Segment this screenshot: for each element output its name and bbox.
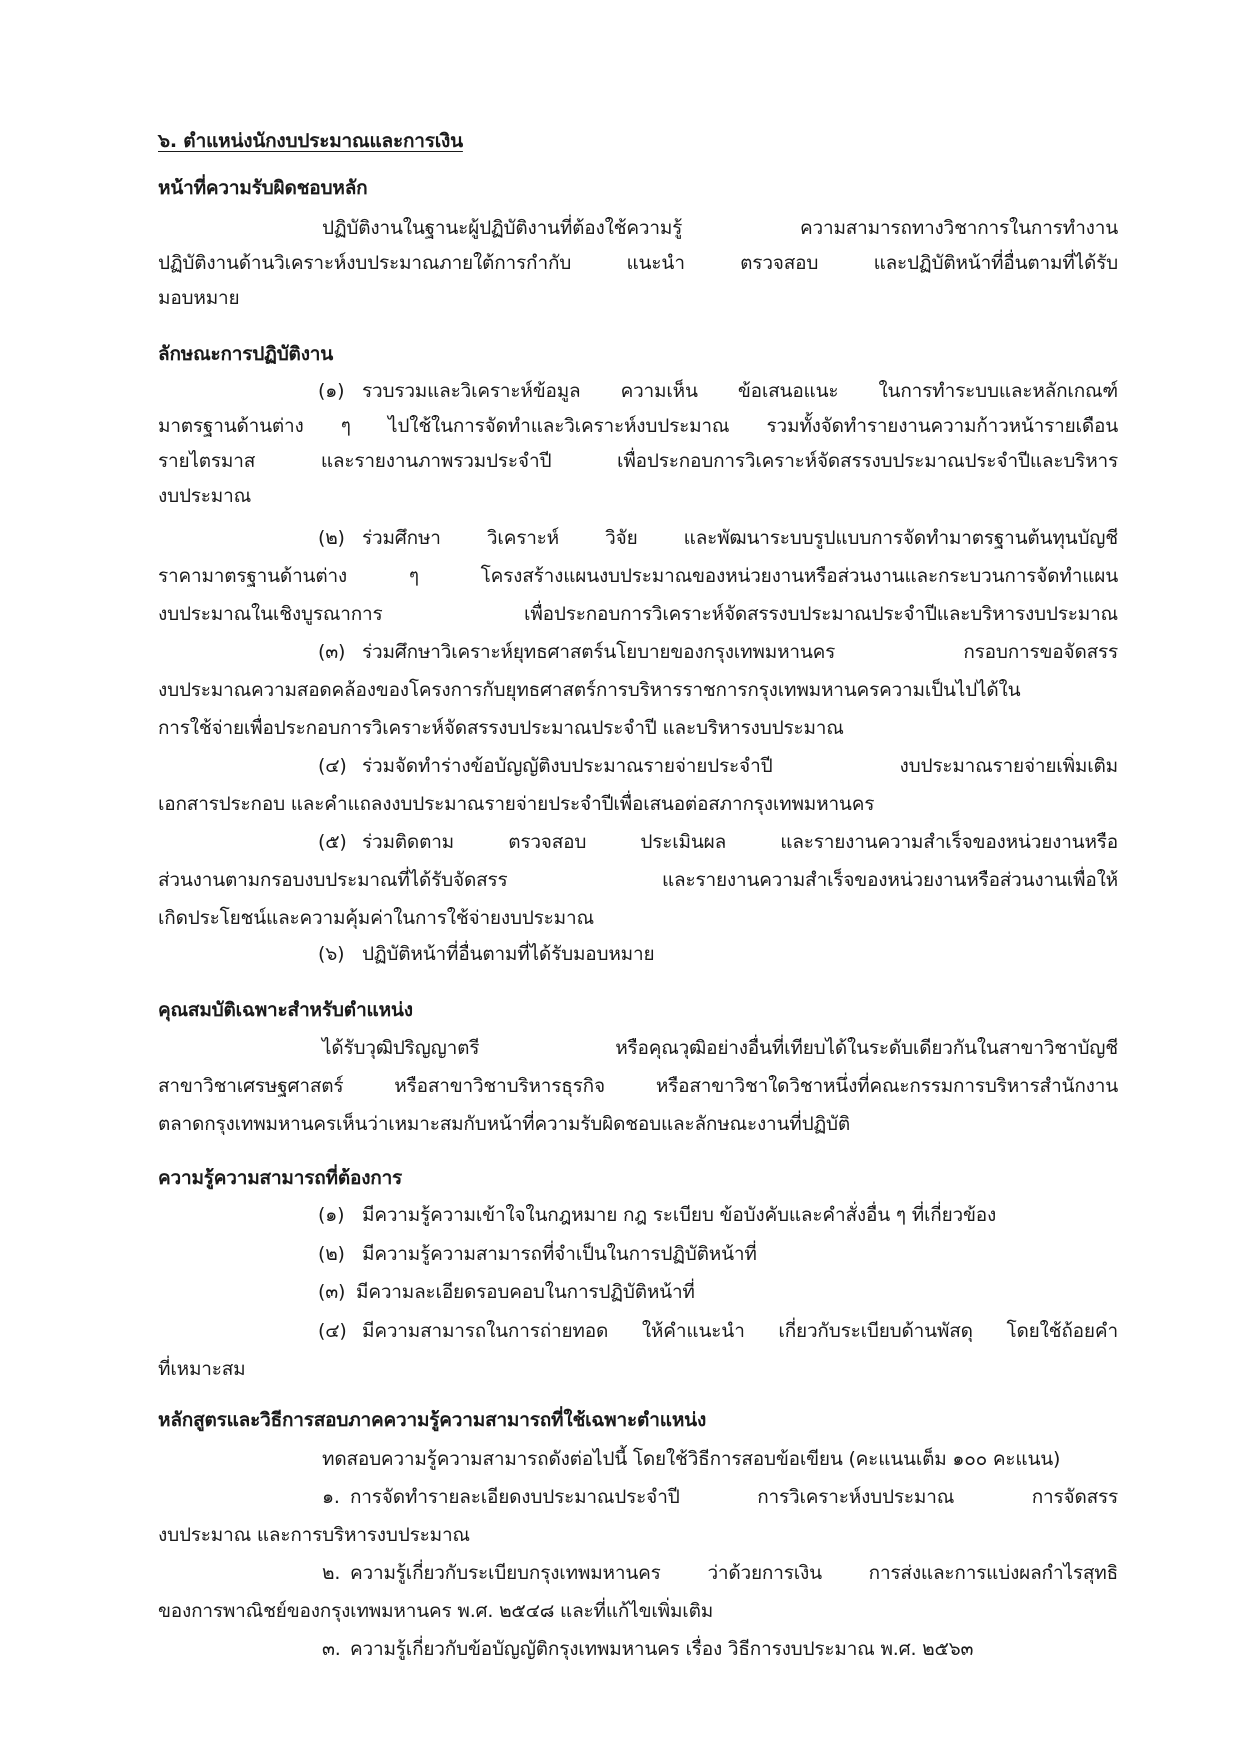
work-item-3-line-1: ร่วมศึกษาวิเคราะห์ยุทธศาสตร์นโยบายของกรุ… xyxy=(362,637,1118,667)
work-item-2-line-2: ราคามาตรฐานด้านต่าง ๆ โครงสร้างแผนงบประม… xyxy=(158,561,1118,591)
duties-line-3: มอบหมาย xyxy=(158,283,239,313)
knowledge-item-2-text: มีความรู้ความสามารถที่จำเป็นในการปฏิบัติ… xyxy=(362,1239,757,1269)
knowledge-item-2-number: (๒) xyxy=(318,1239,345,1269)
knowledge-item-3-number: (๓) xyxy=(318,1277,345,1307)
section-title: ๖. ตำแหน่งนักงบประมาณและการเงิน xyxy=(158,126,463,156)
exam-item-1-line-1: การจัดทำรายละเอียดงบประมาณประจำปี การวิเ… xyxy=(350,1482,1118,1512)
qualifications-line-2: สาขาวิชาเศรษฐศาสตร์ หรือสาขาวิชาบริหารธุ… xyxy=(158,1071,1118,1101)
knowledge-item-4-text-1: มีความสามารถในการถ่ายทอด ให้คำแนะนำ เกี่… xyxy=(362,1316,1118,1346)
work-item-5-line-2: ส่วนงานตามกรอบงบประมาณที่ได้รับจัดสรร แล… xyxy=(158,865,1118,895)
work-item-1-line-1: รวบรวมและวิเคราะห์ข้อมูล ความเห็น ข้อเสน… xyxy=(362,376,1118,406)
knowledge-item-3-text: มีความละเอียดรอบคอบในการปฏิบัติหน้าที่ xyxy=(356,1277,695,1307)
exam-intro: ทดสอบความรู้ความสามารถดังต่อไปนี้ โดยใช้… xyxy=(322,1444,1060,1474)
work-item-1-line-4: งบประมาณ xyxy=(158,481,251,511)
qualifications-line-3: ตลาดกรุงเทพมหานครเห็นว่าเหมาะสมกับหน้าที… xyxy=(158,1109,850,1139)
work-item-4-number: (๔) xyxy=(318,751,347,781)
work-item-3-number: (๓) xyxy=(318,637,345,667)
work-item-6-line-1: ปฏิบัติหน้าที่อื่นตามที่ได้รับมอบหมาย xyxy=(362,939,654,969)
knowledge-item-1-text: มีความรู้ความเข้าใจในกฎหมาย กฎ ระเบียบ ข… xyxy=(362,1200,996,1230)
work-item-6-number: (๖) xyxy=(318,939,344,969)
exam-item-2-line-2: ของการพาณิชย์ของกรุงเทพมหานคร พ.ศ. ๒๕๔๘ … xyxy=(158,1596,713,1626)
exam-item-3-number: ๓. xyxy=(322,1634,341,1664)
duties-line-1: ปฏิบัติงานในฐานะผู้ปฏิบัติงานที่ต้องใช้ค… xyxy=(322,213,1118,243)
knowledge-item-1-number: (๑) xyxy=(318,1200,344,1230)
qualifications-line-1: ได้รับวุฒิปริญญาตรี หรือคุณวุฒิอย่างอื่น… xyxy=(322,1033,1118,1063)
work-nature-heading: ลักษณะการปฏิบัติงาน xyxy=(158,339,333,369)
exam-item-2-line-1: ความรู้เกี่ยวกับระเบียบกรุงเทพมหานคร ว่า… xyxy=(350,1558,1118,1588)
work-item-4-line-1: ร่วมจัดทำร่างข้อบัญญัติงบประมาณรายจ่ายปร… xyxy=(362,751,1118,781)
duties-line-2: ปฏิบัติงานด้านวิเคราะห์งบประมาณภายใต้การ… xyxy=(158,248,1118,278)
work-item-5-line-3: เกิดประโยชน์และความคุ้มค่าในการใช้จ่ายงบ… xyxy=(158,903,594,933)
work-item-1-line-3: รายไตรมาส และรายงานภาพรวมประจำปี เพื่อปร… xyxy=(158,446,1118,476)
document-page: ๖. ตำแหน่งนักงบประมาณและการเงิน หน้าที่ค… xyxy=(0,0,1241,1754)
qualifications-heading: คุณสมบัติเฉพาะสำหรับตำแหน่ง xyxy=(158,995,413,1025)
exam-item-1-line-2: งบประมาณ และการบริหารงบประมาณ xyxy=(158,1520,470,1550)
knowledge-heading: ความรู้ความสามารถที่ต้องการ xyxy=(158,1163,402,1193)
exam-item-3-line-1: ความรู้เกี่ยวกับข้อบัญญัติกรุงเทพมหานคร … xyxy=(350,1634,973,1664)
work-item-3-line-2: งบประมาณความสอดคล้องของโครงการกับยุทธศาส… xyxy=(158,675,1118,705)
work-item-1-number: (๑) xyxy=(318,376,344,406)
work-item-1-line-2: มาตรฐานด้านต่าง ๆ ไปใช้ในการจัดทำและวิเค… xyxy=(158,411,1118,441)
work-item-2-line-1: ร่วมศึกษา วิเคราะห์ วิจัย และพัฒนาระบบรู… xyxy=(362,523,1118,553)
work-item-4-line-2: เอกสารประกอบ และคำแถลงงบประมาณรายจ่ายประ… xyxy=(158,789,874,819)
duties-heading: หน้าที่ความรับผิดชอบหลัก xyxy=(158,173,367,203)
knowledge-item-4-number: (๔) xyxy=(318,1316,347,1346)
exam-heading: หลักสูตรและวิธีการสอบภาคความรู้ความสามาร… xyxy=(158,1405,706,1435)
work-item-3-line-3: การใช้จ่ายเพื่อประกอบการวิเคราะห์จัดสรรง… xyxy=(158,713,844,743)
work-item-5-line-1: ร่วมติดตาม ตรวจสอบ ประเมินผล และรายงานคว… xyxy=(362,827,1118,857)
exam-item-1-number: ๑. xyxy=(322,1482,340,1512)
work-item-2-number: (๒) xyxy=(318,523,345,553)
work-item-5-number: (๕) xyxy=(318,827,347,857)
work-item-2-line-3: งบประมาณในเชิงบูรณาการ เพื่อประกอบการวิเ… xyxy=(158,599,1118,629)
knowledge-item-4-text-2: ที่เหมาะสม xyxy=(158,1354,245,1384)
exam-item-2-number: ๒. xyxy=(322,1558,340,1588)
